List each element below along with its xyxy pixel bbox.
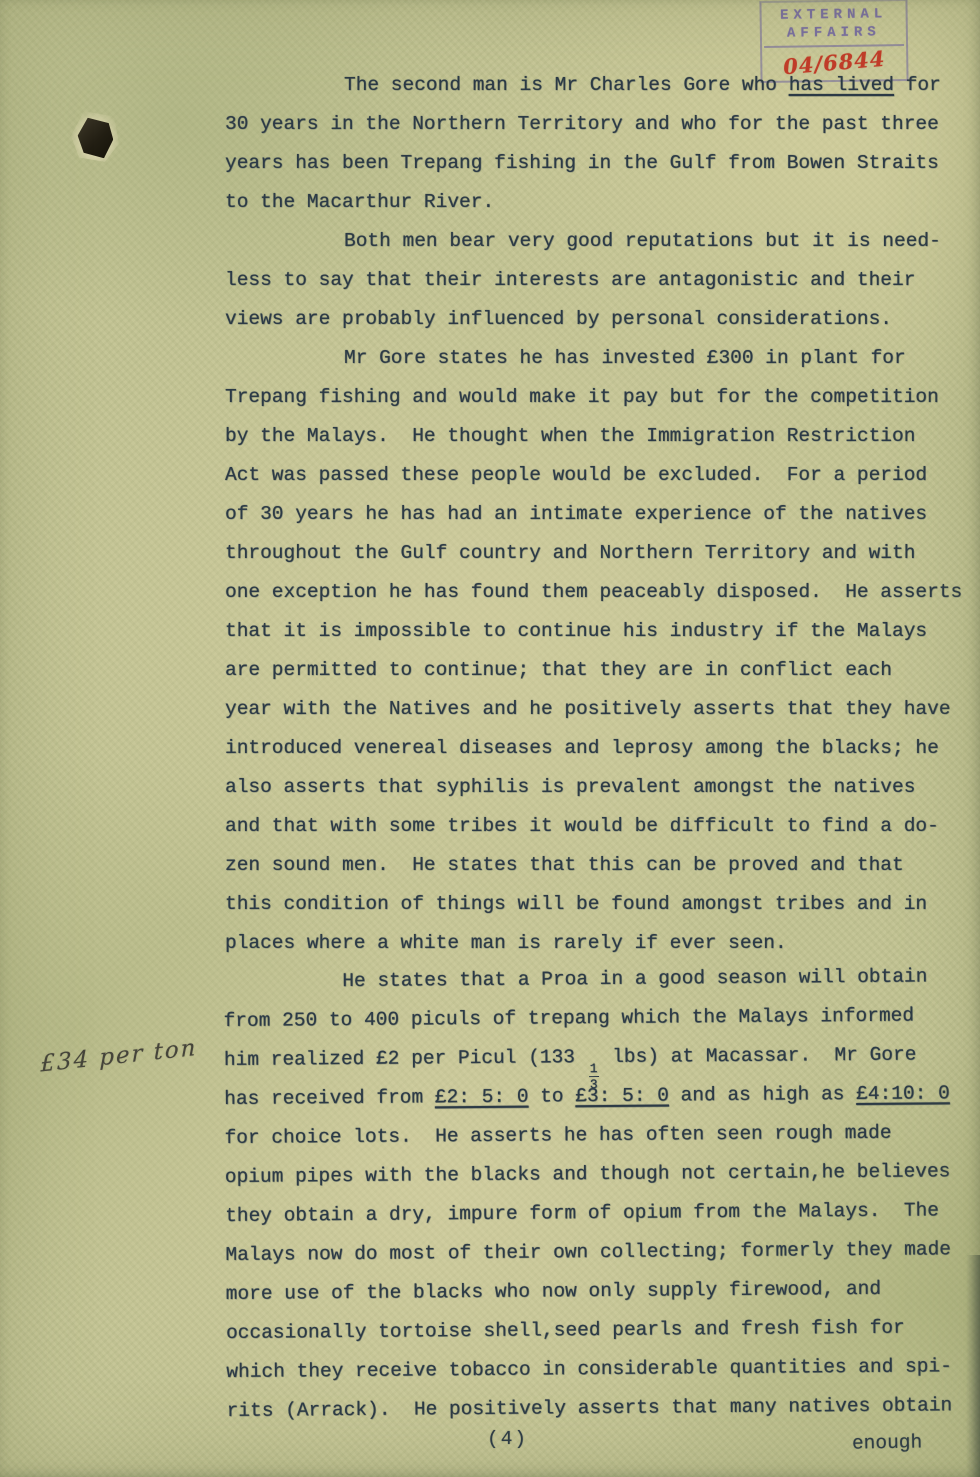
document-body: The second man is Mr Charles Gore who ha… (225, 66, 955, 1431)
document-line: of 30 years he has had an intimate exper… (225, 495, 955, 534)
underlined-text: £2: 5: 0 (435, 1086, 529, 1109)
document-line: are permitted to continue; that they are… (225, 651, 955, 690)
document-line: him realized £2 per Picul (133 13 lbs) a… (224, 1035, 954, 1080)
document-line: Both men bear very good reputations but … (225, 222, 955, 261)
paragraph: He states that a Proa in a good season w… (223, 957, 957, 1431)
text-segment: introduced venereal diseases and leprosy… (225, 737, 939, 759)
text-segment: throughout the Gulf country and Northern… (225, 542, 915, 564)
text-segment: opium pipes with the blacks and though n… (225, 1160, 951, 1188)
text-segment: years has been Trepang fishing in the Gu… (225, 152, 939, 174)
document-line: for choice lots. He asserts he has often… (224, 1113, 954, 1158)
text-segment: less to say that their interests are ant… (225, 269, 915, 291)
document-line: has received from £2: 5: 0 to £3: 5: 0 a… (224, 1074, 954, 1119)
text-segment: which they receive tobacco in considerab… (226, 1355, 952, 1383)
text-segment: places where a white man is rarely if ev… (225, 932, 787, 954)
text-segment: Mr Gore states he has invested £300 in p… (344, 347, 906, 369)
document-line: to the Macarthur River. (225, 183, 955, 222)
text-segment: Act was passed these people would be exc… (225, 464, 927, 486)
text-segment: year with the Natives and he positively … (225, 698, 951, 720)
document-line: from 250 to 400 piculs of trepang which … (223, 996, 953, 1041)
text-segment: and as high as (669, 1083, 856, 1106)
document-line: zen sound men. He states that this can b… (225, 846, 955, 885)
text-segment: Malays now do most of their own collecti… (225, 1238, 951, 1266)
text-segment: also asserts that syphilis is prevalent … (225, 776, 915, 798)
text-segment: of 30 years he has had an intimate exper… (225, 503, 927, 525)
document-line: opium pipes with the blacks and though n… (225, 1152, 955, 1197)
text-segment: to the Macarthur River. (225, 191, 494, 213)
margin-note-handwritten: £34 per ton (40, 1033, 219, 1078)
paragraph: Mr Gore states he has invested £300 in p… (225, 339, 955, 963)
text-segment: Both men bear very good reputations but … (344, 230, 941, 252)
text-segment: are permitted to continue; that they are… (225, 659, 892, 681)
document-page: EXTERNAL AFFAIRS 04/6844 £34 per ton The… (0, 0, 980, 1477)
document-line: The second man is Mr Charles Gore who ha… (225, 66, 955, 105)
text-segment: from 250 to 400 piculs of trepang which … (224, 1005, 915, 1032)
document-line: one exception he has found them peaceabl… (225, 573, 955, 612)
document-line: that it is impossible to continue his in… (225, 612, 955, 651)
document-line: more use of the blacks who now only supp… (226, 1269, 956, 1314)
text-segment: He states that a Proa in a good season w… (342, 965, 927, 992)
underlined-text: £4:10: 0 (856, 1082, 950, 1105)
text-segment: that it is impossible to continue his in… (225, 620, 927, 642)
paragraph: Both men bear very good reputations but … (225, 222, 955, 339)
document-line: 30 years in the Northern Territory and w… (225, 105, 955, 144)
document-line: less to say that their interests are ant… (225, 261, 955, 300)
text-segment: lbs) at Macassar. Mr Gore (600, 1044, 916, 1068)
stamp-text-line2: AFFAIRS (762, 23, 906, 43)
text-segment: rits (Arrack). He positively asserts tha… (227, 1394, 953, 1422)
page-footer: (4) enough (0, 1424, 980, 1464)
document-line: by the Malays. He thought when the Immig… (225, 417, 955, 456)
text-segment: views are probably influenced by persona… (225, 308, 892, 330)
text-segment: this condition of things will be found a… (225, 893, 927, 915)
document-line: Act was passed these people would be exc… (225, 456, 955, 495)
text-segment: The second man is Mr Charles Gore who (344, 74, 789, 96)
document-line: throughout the Gulf country and Northern… (225, 534, 955, 573)
text-segment: for (894, 74, 941, 96)
document-line: Mr Gore states he has invested £300 in p… (225, 339, 955, 378)
text-segment: by the Malays. He thought when the Immig… (225, 425, 915, 447)
catchword: enough (852, 1431, 923, 1454)
document-line: also asserts that syphilis is prevalent … (225, 768, 955, 807)
text-segment: has received from (224, 1086, 435, 1110)
document-line: and that with some tribes it would be di… (225, 807, 955, 846)
document-line: introduced venereal diseases and leprosy… (225, 729, 955, 768)
paragraph: The second man is Mr Charles Gore who ha… (225, 66, 955, 222)
text-segment: one exception he has found them peaceabl… (225, 581, 962, 603)
page-number: (4) (487, 1428, 528, 1450)
document-line: He states that a Proa in a good season w… (223, 957, 953, 1002)
text-segment: more use of the blacks who now only supp… (226, 1278, 881, 1305)
document-line: this condition of things will be found a… (225, 885, 955, 924)
text-segment: and that with some tribes it would be di… (225, 815, 939, 837)
text-segment: Trepang fishing and would make it pay bu… (225, 386, 939, 408)
text-segment: him realized £2 per Picul (133 (224, 1046, 587, 1071)
underlined-text: has lived (789, 74, 894, 96)
document-line: occasionally tortoise shell,seed pearls … (226, 1308, 956, 1353)
document-line: they obtain a dry, impure form of opium … (225, 1191, 955, 1236)
text-segment: occasionally tortoise shell,seed pearls … (226, 1317, 905, 1344)
text-segment: to (528, 1085, 575, 1107)
document-line: year with the Natives and he positively … (225, 690, 955, 729)
stamp-text-line1: EXTERNAL (762, 5, 906, 25)
text-segment: zen sound men. He states that this can b… (225, 854, 904, 876)
text-segment: they obtain a dry, impure form of opium … (225, 1199, 939, 1227)
text-segment: 30 years in the Northern Territory and w… (225, 113, 939, 135)
document-line: which they receive tobacco in considerab… (226, 1347, 956, 1392)
text-segment: for choice lots. He asserts he has often… (224, 1122, 891, 1149)
document-line: years has been Trepang fishing in the Gu… (225, 144, 955, 183)
underlined-text: £3: 5: 0 (575, 1085, 669, 1108)
document-line: Trepang fishing and would make it pay bu… (225, 378, 955, 417)
document-line: views are probably influenced by persona… (225, 300, 955, 339)
document-line: Malays now do most of their own collecti… (225, 1230, 955, 1275)
